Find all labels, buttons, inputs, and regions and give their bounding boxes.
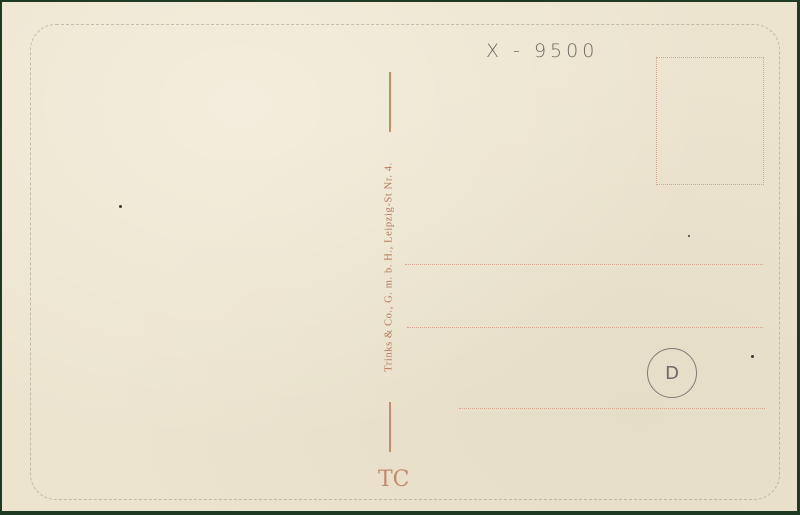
center-divider-top [389,72,391,132]
speck [119,205,122,208]
address-line-3 [459,408,765,409]
postcard-back: X - 9500 Trinks & Co., G. m. b. H., Leip… [2,2,797,511]
publisher-imprint: Trinks & Co., G. m. b. H., Leipzig-St Nr… [384,162,395,372]
center-divider-bottom [389,402,391,452]
stamp-box [656,57,764,185]
address-line-1 [405,264,763,265]
publisher-monogram-icon: TC [378,466,400,494]
circled-letter-mark: D [647,348,697,398]
circled-letter: D [665,363,679,384]
address-line-2 [407,327,763,328]
speck [751,355,754,358]
speck [688,235,690,237]
handwritten-reference-number: X - 9500 [486,40,598,62]
